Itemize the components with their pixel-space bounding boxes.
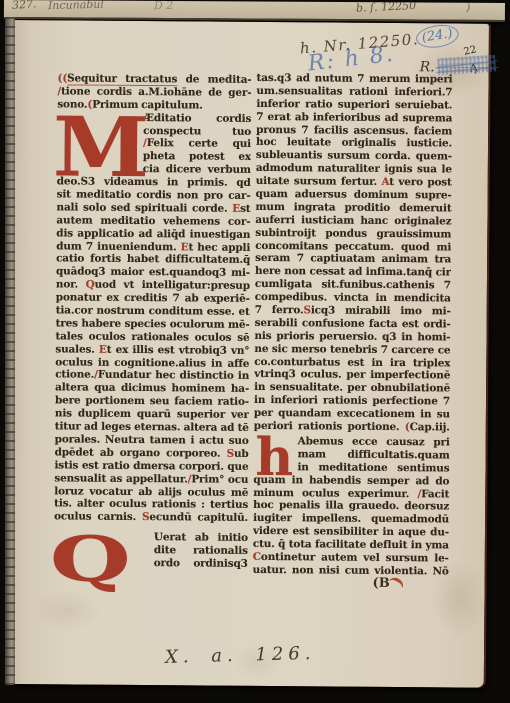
strip-handwriting: 327.: [12, 0, 37, 12]
text-line: inferior ratio superiori seruiebat.: [256, 98, 452, 112]
rubricated-letter: ∕: [188, 473, 192, 485]
rubricated-letter: ∕: [57, 85, 61, 97]
previous-leaf-edge: 327. Incunabul D 2 b. ſ. 12250 ): [4, 0, 505, 22]
text-line: dis applicatio ad aliq̄d inuestigan: [56, 227, 250, 241]
text-block: tas.q3 ad nutum 7 merum imperium.sensual…: [254, 72, 453, 434]
rubricated-letter: S: [142, 511, 149, 523]
paraph-mark-icon: (: [405, 421, 410, 433]
rubricated-letter: S: [303, 304, 310, 316]
rubricated-letter: S: [227, 448, 234, 460]
text-line: 7 erat ab inferioribus ad suprema: [256, 111, 452, 125]
binding-seam: [5, 17, 15, 685]
text-line: mum ingrata proditio demeruit: [255, 201, 451, 215]
text-block: QUerat ab initio bene con-dite rationali…: [54, 531, 248, 571]
text-line: tres habere species oculorum mē-: [56, 317, 250, 331]
red-underlined-text: Sequitur tractatus: [67, 72, 177, 86]
text-line: nali solo sed spirituali corde. Est: [56, 201, 250, 215]
text-line: suales. Et ex illis est vtrobiq3 vn°: [55, 343, 249, 357]
text-line: nis prioris peruersio. q3 in homi-: [254, 330, 450, 344]
text-line: um.sensualitas rationi inferiori.7: [256, 85, 452, 99]
book-scan: 327. Incunabul D 2 b. ſ. 12250 ) h. Nr. …: [0, 0, 510, 703]
rubricated-letter: ∕: [418, 488, 422, 500]
paraph-mark-icon: (: [62, 72, 67, 84]
text-line: porales. Neutra tamen i actu suo: [55, 433, 249, 447]
manuscript-page: h. Nr. 12250. (24.) R: h 8. R. 22 Ą ((Se…: [7, 20, 489, 688]
crossed-out-stamp: [437, 55, 496, 76]
text-line: uatur. non nisi cum violentia. Nō: [253, 564, 449, 578]
text-line: tales oculos rationales oculos sē: [55, 330, 249, 344]
rubricated-letter: E: [232, 203, 240, 215]
text-line: autem meditatio vehemens cor-: [56, 214, 250, 228]
strip-handwriting: Incunabul: [48, 0, 104, 12]
strip-handwriting: b. ſ. 12250: [356, 0, 417, 15]
blue-circled-number: (24.): [414, 22, 460, 50]
text-line: ne sic merso tenebris 7 carcere ce: [254, 343, 450, 357]
rubricated-letter: E: [99, 343, 107, 355]
bottom-shelfmark: X. a. 126.: [165, 643, 316, 668]
text-block: hAbemus ecce causaz primam difficultatis…: [253, 435, 450, 578]
rubricated-letter: ∕: [94, 369, 98, 381]
text-block: MÆditatio cordis mei inconspectu tuo sem…: [54, 111, 251, 525]
rubricated-letter: Q: [86, 279, 95, 291]
strip-handwriting: D 2: [154, 0, 174, 12]
text-line: serabili confusione facta est ordi-: [255, 317, 451, 331]
text-line: istis est ratio dmersa corpori. que: [54, 459, 248, 473]
illuminated-initial: Q: [50, 528, 132, 591]
illuminated-initial: M: [53, 106, 150, 189]
text-line: dpēdet ab organo corporeo. Sub: [55, 446, 249, 460]
text-column-right: tas.q3 ad nutum 7 merum imperium.sensual…: [253, 72, 453, 578]
text-line: subintroijt pondus grauissimum: [255, 227, 451, 241]
strip-handwriting: ): [466, 1, 470, 14]
rubricated-letter: C: [253, 551, 261, 563]
text-line: auferri iusticiam hanc originalez: [255, 214, 451, 228]
text-line: sensualit as appellatur.∕Prim° ocu: [54, 472, 248, 486]
illuminated-initial: h: [255, 432, 293, 484]
rubricated-letter: A: [381, 176, 389, 188]
rubricated-letter: E: [181, 241, 189, 253]
text-column-left: ((Sequitur tractatus de medita-∕tione co…: [54, 72, 252, 570]
